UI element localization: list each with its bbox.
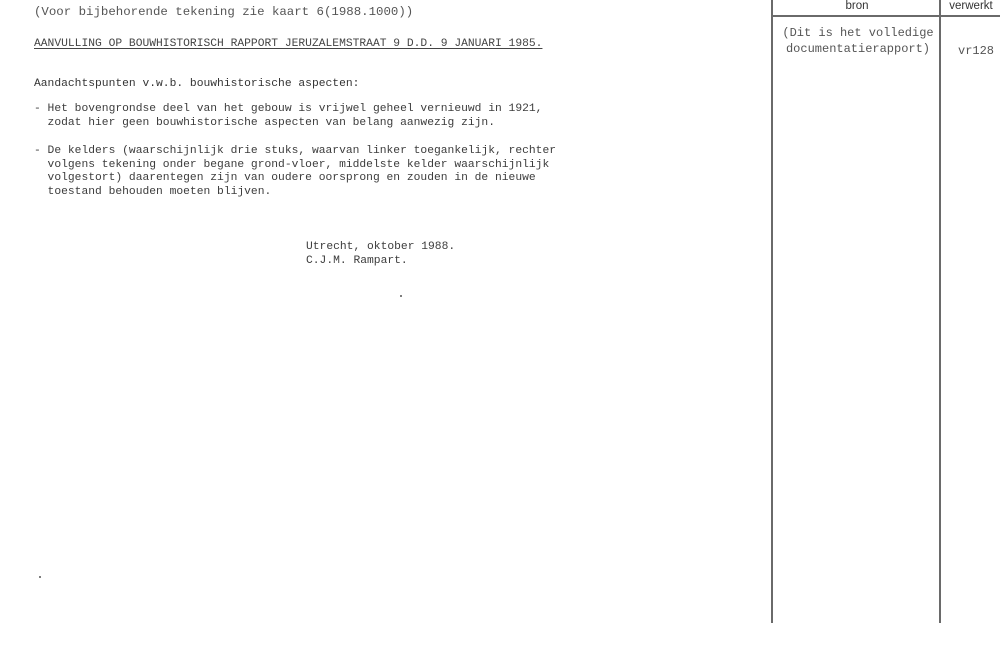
signature-place-date: Utrecht, oktober 1988. xyxy=(306,241,455,253)
column-header-bron: bron xyxy=(774,0,940,12)
point-above-ground: - Het bovengrondse deel van het gebouw i… xyxy=(34,103,542,130)
drawing-reference-note: (Voor bijbehorende tekening zie kaart 6(… xyxy=(34,6,413,20)
table-divider-middle xyxy=(939,0,941,623)
column-header-verwerkt: verwerkt xyxy=(942,0,1000,12)
table-header-rule xyxy=(772,15,1000,17)
document-title: AANVULLING OP BOUWHISTORISCH RAPPORT JER… xyxy=(34,38,542,52)
signature-block: Utrecht, oktober 1988. C.J.M. Rampart. xyxy=(306,241,455,268)
point-cellars: - De kelders (waarschijnlijk drie stuks,… xyxy=(34,145,556,199)
speck-mark xyxy=(39,576,41,578)
table-divider-left xyxy=(771,0,773,623)
verwerkt-cell: vr128 xyxy=(958,44,994,58)
bron-cell: (Dit is het volledige documentatierappor… xyxy=(776,25,940,57)
section-heading: Aandachtspunten v.w.b. bouwhistorische a… xyxy=(34,78,359,92)
signature-author: C.J.M. Rampart. xyxy=(306,255,408,267)
speck-mark xyxy=(400,295,402,297)
